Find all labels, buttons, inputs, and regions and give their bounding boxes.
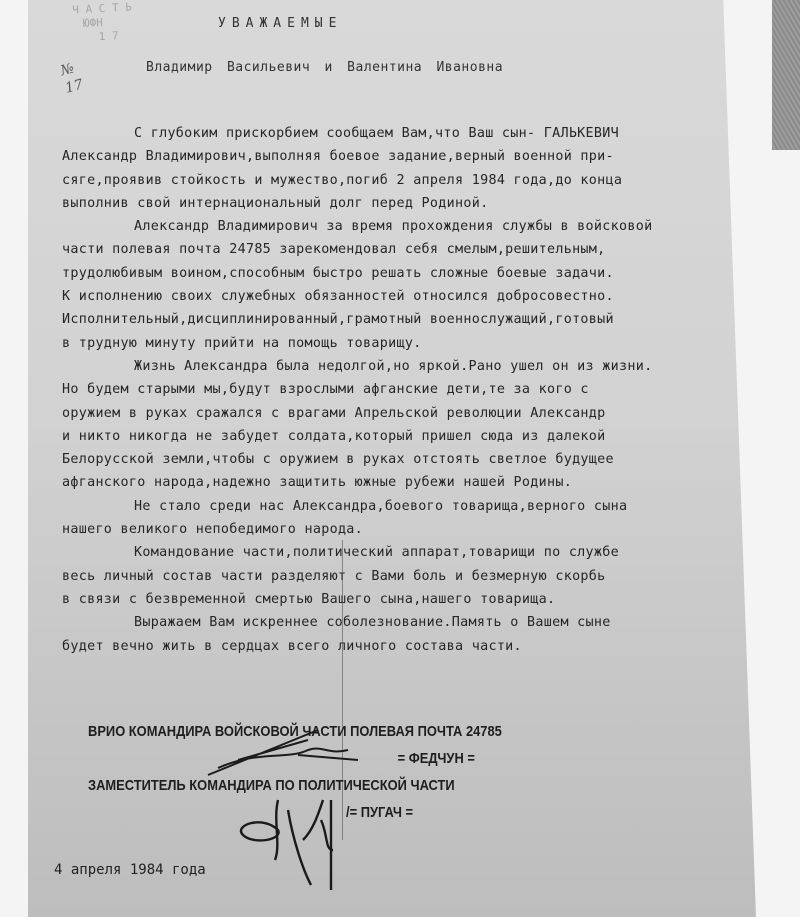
signature-title-commander: ВРИО КОМАНДИРА ВОЙСКОВОЙ ЧАСТИ ПОЛЕВАЯ П…	[88, 718, 502, 745]
letter-line: Не стало среди нас Александра,боевого то…	[62, 495, 752, 518]
letter-line: сяге,проявив стойкость и мужество,погиб …	[62, 169, 752, 192]
letter-line: трудолюбивым воином,способным быстро реш…	[62, 262, 752, 285]
letter-line: Исполнительный,дисциплинированный,грамот…	[62, 308, 752, 331]
reference-value: 17	[64, 77, 85, 97]
letter-heading: УВАЖАЕМЫЕ	[218, 16, 342, 31]
letter-line: будет вечно жить в сердцах всего личного…	[62, 635, 752, 658]
letter-line: нашего великого непобедимого народа.	[62, 518, 752, 541]
letter-line: Александр Владимирович,выполняя боевое з…	[62, 145, 752, 168]
faded-stamp: Ч А С Т Ь ЮФН 1 7	[72, 0, 134, 45]
letter-line: весь личный состав части разделяют с Вам…	[62, 565, 752, 588]
letter-sheet: Ч А С Т Ь ЮФН 1 7 № 17 УВАЖАЕМЫЕ Владими…	[28, 0, 756, 917]
reference-symbol: №	[59, 60, 76, 79]
letter-line: в трудную минуту прийти на помощь товари…	[62, 332, 752, 355]
letter-line: К исполнению своих служебных обязанносте…	[62, 285, 752, 308]
letter-body: С глубоким прискорбием сообщаем Вам,что …	[62, 122, 752, 658]
letter-line: оружием в руках сражался с врагами Апрел…	[62, 402, 752, 425]
letter-date: 4 апреля 1984 года	[54, 862, 206, 878]
letter-line: С глубоким прискорбием сообщаем Вам,что …	[62, 122, 752, 145]
letter-line: части полевая почта 24785 зарекомендовал…	[62, 238, 752, 261]
letter-line: Белорусской земли,чтобы с оружием в рука…	[62, 448, 752, 471]
signature-name-commander: = ФЕДЧУН =	[88, 745, 502, 772]
letter-line: Жизнь Александра была недолгой,но яркой.…	[62, 355, 752, 378]
letter-addressee: Владимир Васильевич и Валентина Ивановна	[146, 60, 503, 75]
letter-line: афганского народа,надежно защитить южные…	[62, 471, 752, 494]
handwritten-reference-number: № 17	[59, 58, 86, 97]
letter-line: Выражаем Вам искреннее соболезнование.Па…	[62, 611, 752, 634]
signature-block: ВРИО КОМАНДИРА ВОЙСКОВОЙ ЧАСТИ ПОЛЕВАЯ П…	[88, 718, 502, 826]
letter-line: выполнив свой интернациональный долг пер…	[62, 192, 752, 215]
letter-line: Но будем старыми мы,будут взрослыми афга…	[62, 378, 752, 401]
signature-name-deputy: /= ПУГАЧ =	[88, 799, 502, 826]
letter-line: и никто никогда не забудет солдата,котор…	[62, 425, 752, 448]
letter-line: в связи с безвременной смертью Вашего сы…	[62, 588, 752, 611]
signature-title-deputy: ЗАМЕСТИТЕЛЬ КОМАНДИРА ПО ПОЛИТИЧЕСКОЙ ЧА…	[88, 772, 502, 799]
letter-line: Командование части,политический аппарат,…	[62, 541, 752, 564]
letter-line: Александр Владимирович за время прохожде…	[62, 215, 752, 238]
background-surface	[772, 0, 800, 150]
